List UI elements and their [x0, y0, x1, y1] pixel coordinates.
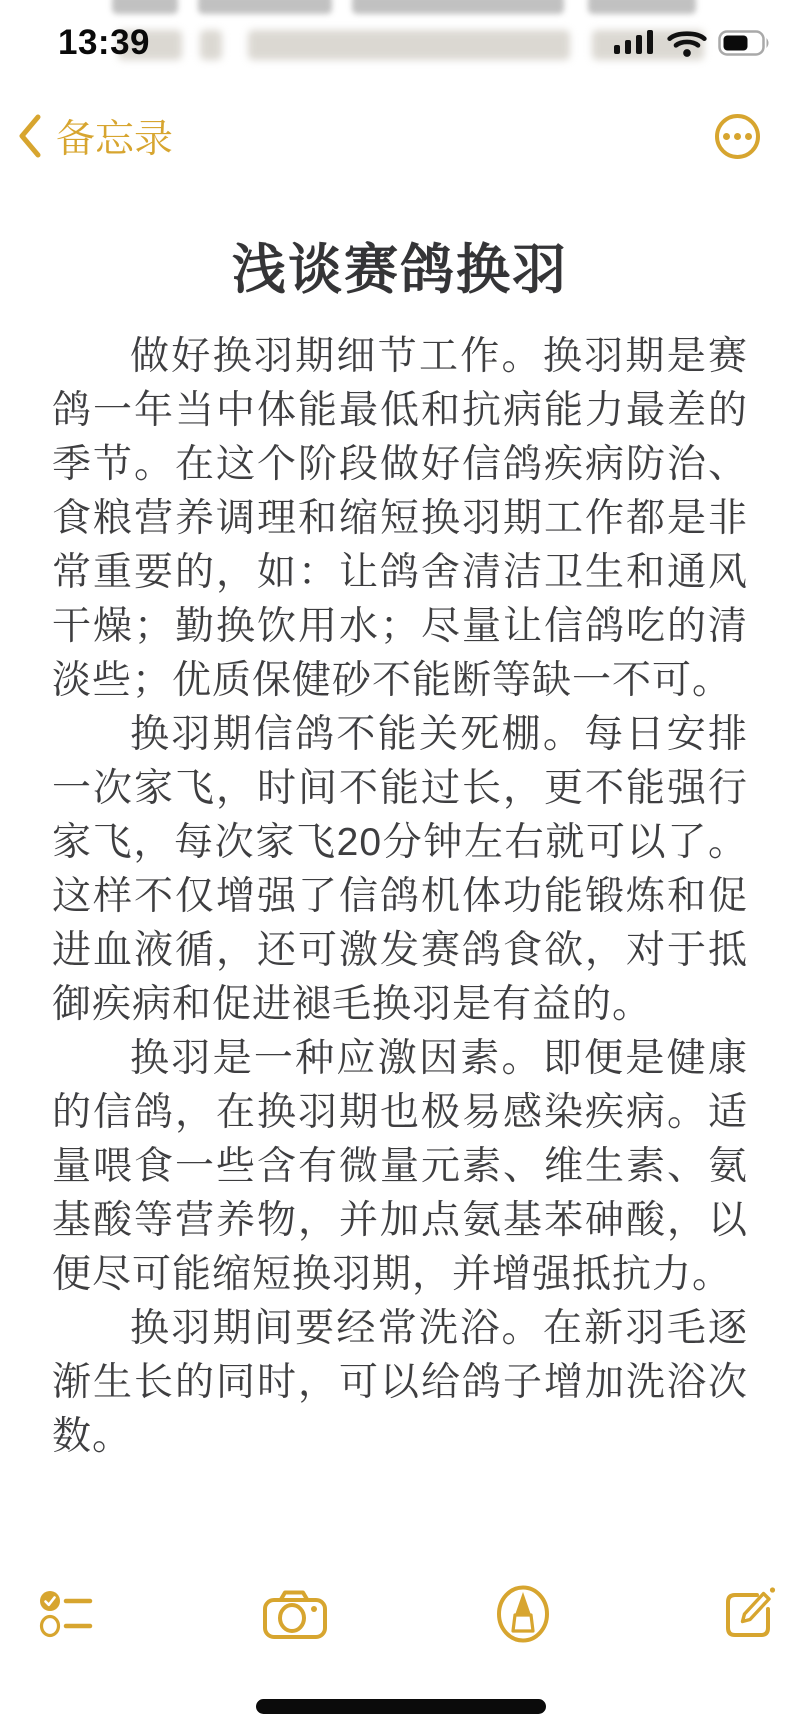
note-paragraph[interactable]: 做好换羽期细节工作。换羽期是赛鸽一年当中体能最低和抗病能力最差的季节。在这个阶段…: [52, 330, 748, 708]
note-paragraph[interactable]: 换羽是一种应激因素。即便是健康的信鸽，在换羽期也极易感染疾病。适量喂食一些含有微…: [52, 1032, 748, 1302]
home-indicator[interactable]: [256, 1699, 546, 1714]
ghost-fragment: [588, 0, 696, 14]
status-bar: 13:39: [0, 16, 800, 70]
markup-icon: [495, 1584, 551, 1644]
note-paragraph[interactable]: 换羽期信鸽不能关死棚。每日安排一次家飞，时间不能过长，更不能强行家飞，每次家飞2…: [52, 708, 748, 1032]
ellipsis-circle-icon: [723, 133, 730, 140]
checklist-icon: [38, 1589, 94, 1639]
back-button-label: 备忘录: [56, 108, 173, 164]
compose-button[interactable]: [719, 1585, 777, 1643]
cellular-signal-icon: [614, 29, 656, 57]
ghost-fragment: [112, 0, 178, 14]
note-title[interactable]: 浅谈赛鸽换羽: [52, 238, 748, 304]
wifi-icon: [667, 28, 707, 58]
note-editor[interactable]: 浅谈赛鸽换羽 做好换羽期细节工作。换羽期是赛鸽一年当中体能最低和抗病能力最差的季…: [52, 238, 748, 1464]
note-paragraph[interactable]: 换羽期间要经常洗浴。在新羽毛逐渐生长的同时，可以给鸽子增加洗浴次数。: [52, 1302, 748, 1464]
nav-bar: 备忘录: [0, 100, 800, 172]
battery-icon: [718, 29, 772, 57]
camera-icon: [262, 1588, 328, 1640]
bottom-toolbar: [0, 1584, 800, 1644]
camera-button[interactable]: [262, 1588, 328, 1640]
markup-button[interactable]: [495, 1584, 551, 1644]
back-button[interactable]: 备忘录: [18, 108, 173, 164]
clock: 13:39: [58, 23, 150, 63]
ghost-fragment: [198, 0, 332, 14]
more-options-button[interactable]: [715, 114, 760, 159]
notes-app-screen: 13:39: [0, 0, 800, 1732]
compose-icon: [719, 1585, 777, 1643]
chevron-left-icon: [18, 114, 42, 158]
ghost-fragment: [352, 0, 564, 14]
status-icons: [614, 28, 772, 58]
checklist-button[interactable]: [38, 1589, 94, 1639]
